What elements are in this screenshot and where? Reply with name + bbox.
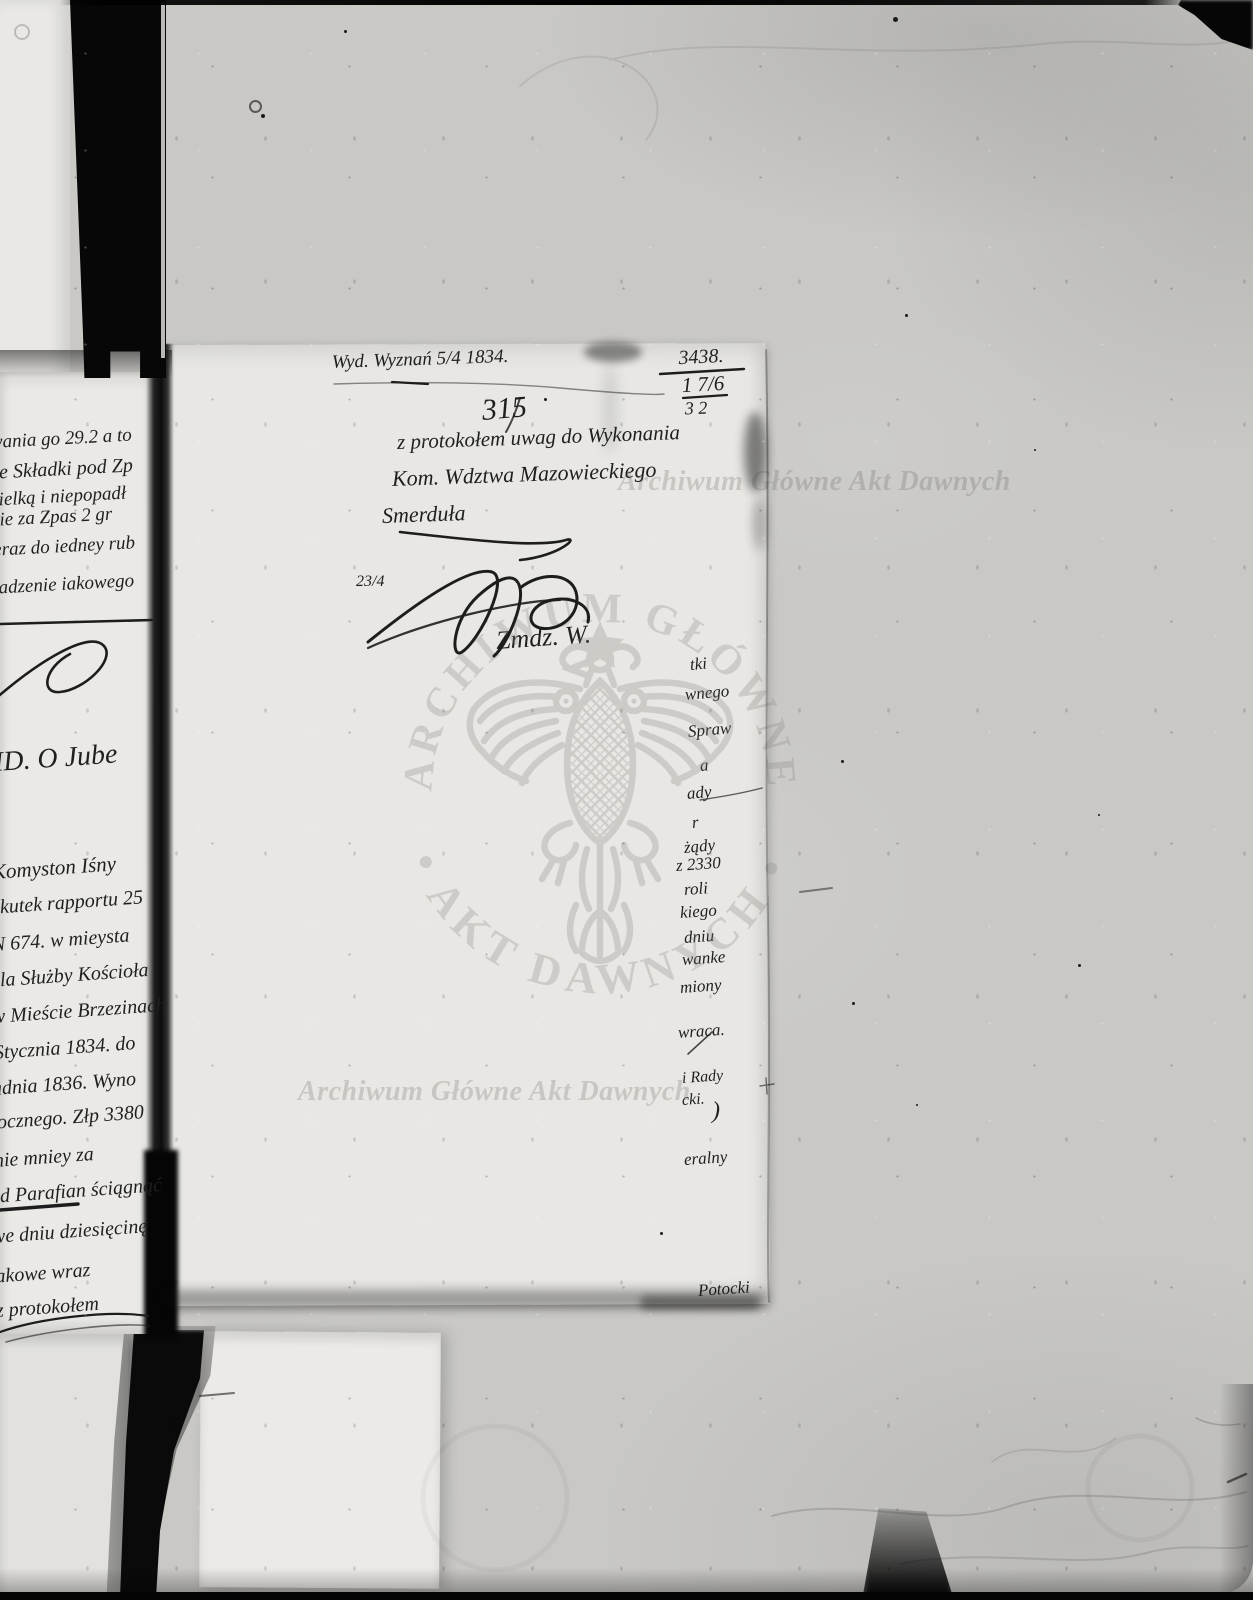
left-page-top-sliver: [0, 0, 70, 378]
under-paper-white: [199, 1331, 441, 1589]
photo-top-edge-line: [60, 0, 1190, 5]
speck: [1078, 964, 1081, 967]
speck: [852, 1002, 855, 1005]
photo-bottom-fade: [0, 1568, 1253, 1594]
paper-flaw-ring-2: [14, 24, 30, 40]
page-streak: [602, 362, 618, 454]
scan-photo: Wyd. Wyznań 5/4 1834. 3438. 1 7/6 3 2 31…: [0, 0, 1253, 1600]
speck: [660, 1232, 663, 1235]
paper-flaw-ring: [249, 100, 262, 113]
speck: [1098, 814, 1100, 816]
archive-watermark-text-bottom: Archiwum Główne Akt Dawnych: [298, 1076, 691, 1108]
doc-number-bottom: 3 2: [666, 397, 727, 420]
photo-corner-wedge: [1178, 0, 1253, 50]
doc-number-top: 3438.: [657, 344, 744, 371]
ink-dot: [544, 398, 547, 401]
faint-blind-stamp-ring: [423, 1426, 567, 1570]
polish-eagle-icon: [470, 621, 730, 961]
speck: [916, 1104, 918, 1106]
page-bottom-corner-smudge: [640, 1296, 760, 1310]
speck: [261, 114, 265, 118]
faint-blind-stamp-ring-2: [1088, 1436, 1192, 1540]
speck: [841, 760, 844, 763]
binding-strip-top: [70, 0, 166, 378]
bottom-dark-stain: [862, 1508, 954, 1600]
backdrop-crease-bottom-1: [772, 1492, 1246, 1516]
backdrop-crease-bottom-2: [900, 1546, 1248, 1564]
speck: [905, 314, 908, 317]
margin-fragment: ): [712, 1098, 720, 1125]
ink-smudge-top: [584, 342, 642, 362]
speck: [344, 30, 347, 33]
backdrop-crease-bottom-3: [992, 1438, 1116, 1462]
margin-fragment: eralny: [683, 1147, 728, 1170]
binding-strip-edge-sliver: [161, 2, 165, 358]
photo-bottom-edge-band: [0, 1592, 1253, 1600]
subject-line-3: Smerduła: [382, 500, 466, 529]
archive-stamp-watermark: ARCHIWUM GŁÓWNE • AKT DAWNYCH •: [345, 535, 855, 1045]
case-number: 315: [481, 390, 529, 428]
speck: [1034, 449, 1036, 451]
archive-watermark-text-top: Archiwum Główne Akt Dawnych: [618, 466, 1011, 498]
speck: [893, 17, 898, 22]
doc-number-middle: 1 7/6: [659, 370, 746, 399]
backdrop-rounded-corner: [1219, 1384, 1253, 1594]
backdrop-crease-top: [520, 40, 1240, 140]
